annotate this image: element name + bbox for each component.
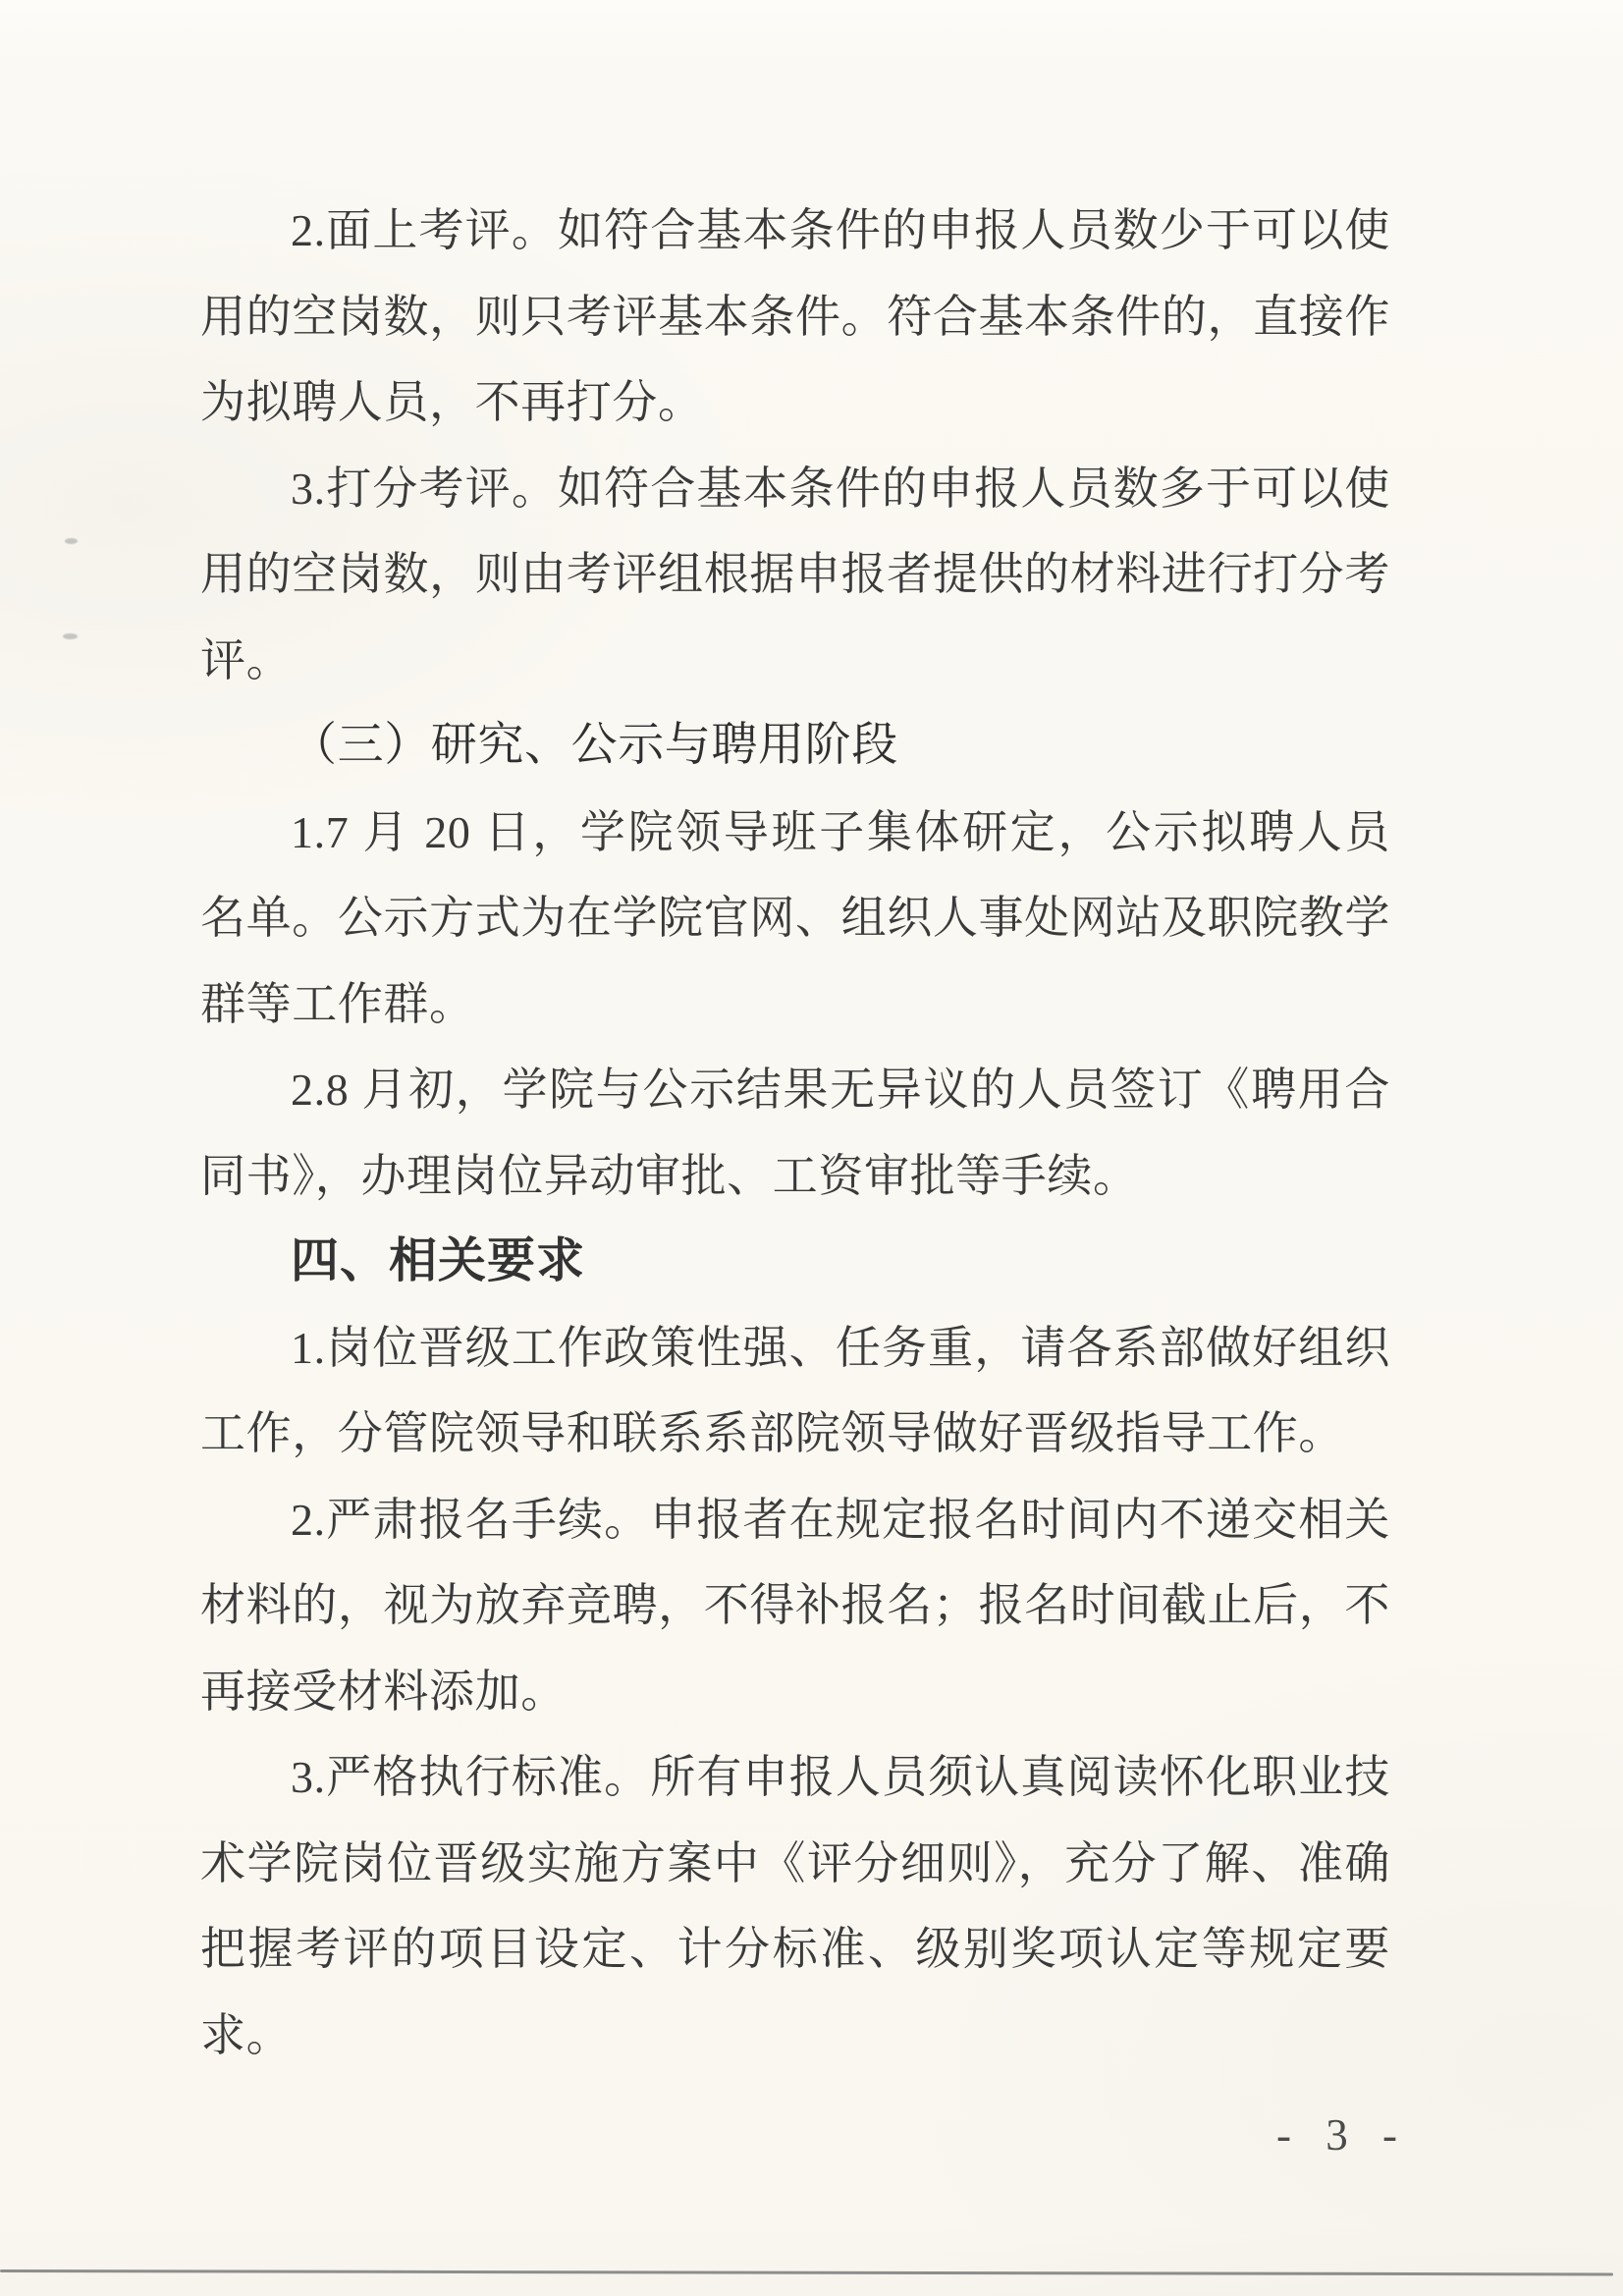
paper-edge-shadow-line	[0, 2269, 1613, 2275]
body-paragraph: 1.7 月 20 日，学院领导班子集体研定，公示拟聘人员名单。公示方式为在学院官…	[200, 790, 1390, 1048]
body-paragraph: 1.岗位晋级工作政策性强、任务重，请各系部做好组织工作，分管院领导和联系系部院领…	[200, 1305, 1390, 1477]
scan-speck	[65, 538, 78, 544]
body-paragraph: 2.8 月初，学院与公示结果无异议的人员签订《聘用合同书》，办理岗位异动审批、工…	[200, 1047, 1390, 1219]
scan-speck	[63, 633, 78, 639]
body-paragraph: 3.严格执行标准。所有申报人员须认真阅读怀化职业技术学院岗位晋级实施方案中《评分…	[200, 1734, 1390, 2078]
body-paragraph: 3.打分考评。如符合基本条件的申报人员数多于可以使用的空岗数，则由考评组根据申报…	[200, 446, 1390, 704]
body-paragraph: 2.严肃报名手续。申报者在规定报名时间内不递交相关材料的，视为放弃竞聘，不得补报…	[200, 1477, 1390, 1735]
document-page: { "document": { "colors": { "paper": "#f…	[0, 0, 1623, 2296]
body-paragraph: 2.面上考评。如符合基本条件的申报人员数少于可以使用的空岗数，则只考评基本条件。…	[200, 188, 1390, 446]
section-heading: 四、相关要求	[200, 1219, 1390, 1305]
document-body: 2.面上考评。如符合基本条件的申报人员数少于可以使用的空岗数，则只考评基本条件。…	[200, 188, 1390, 2078]
page-number: - 3 -	[1276, 2109, 1409, 2160]
section-subheading: （三）研究、公示与聘用阶段	[200, 703, 1390, 790]
